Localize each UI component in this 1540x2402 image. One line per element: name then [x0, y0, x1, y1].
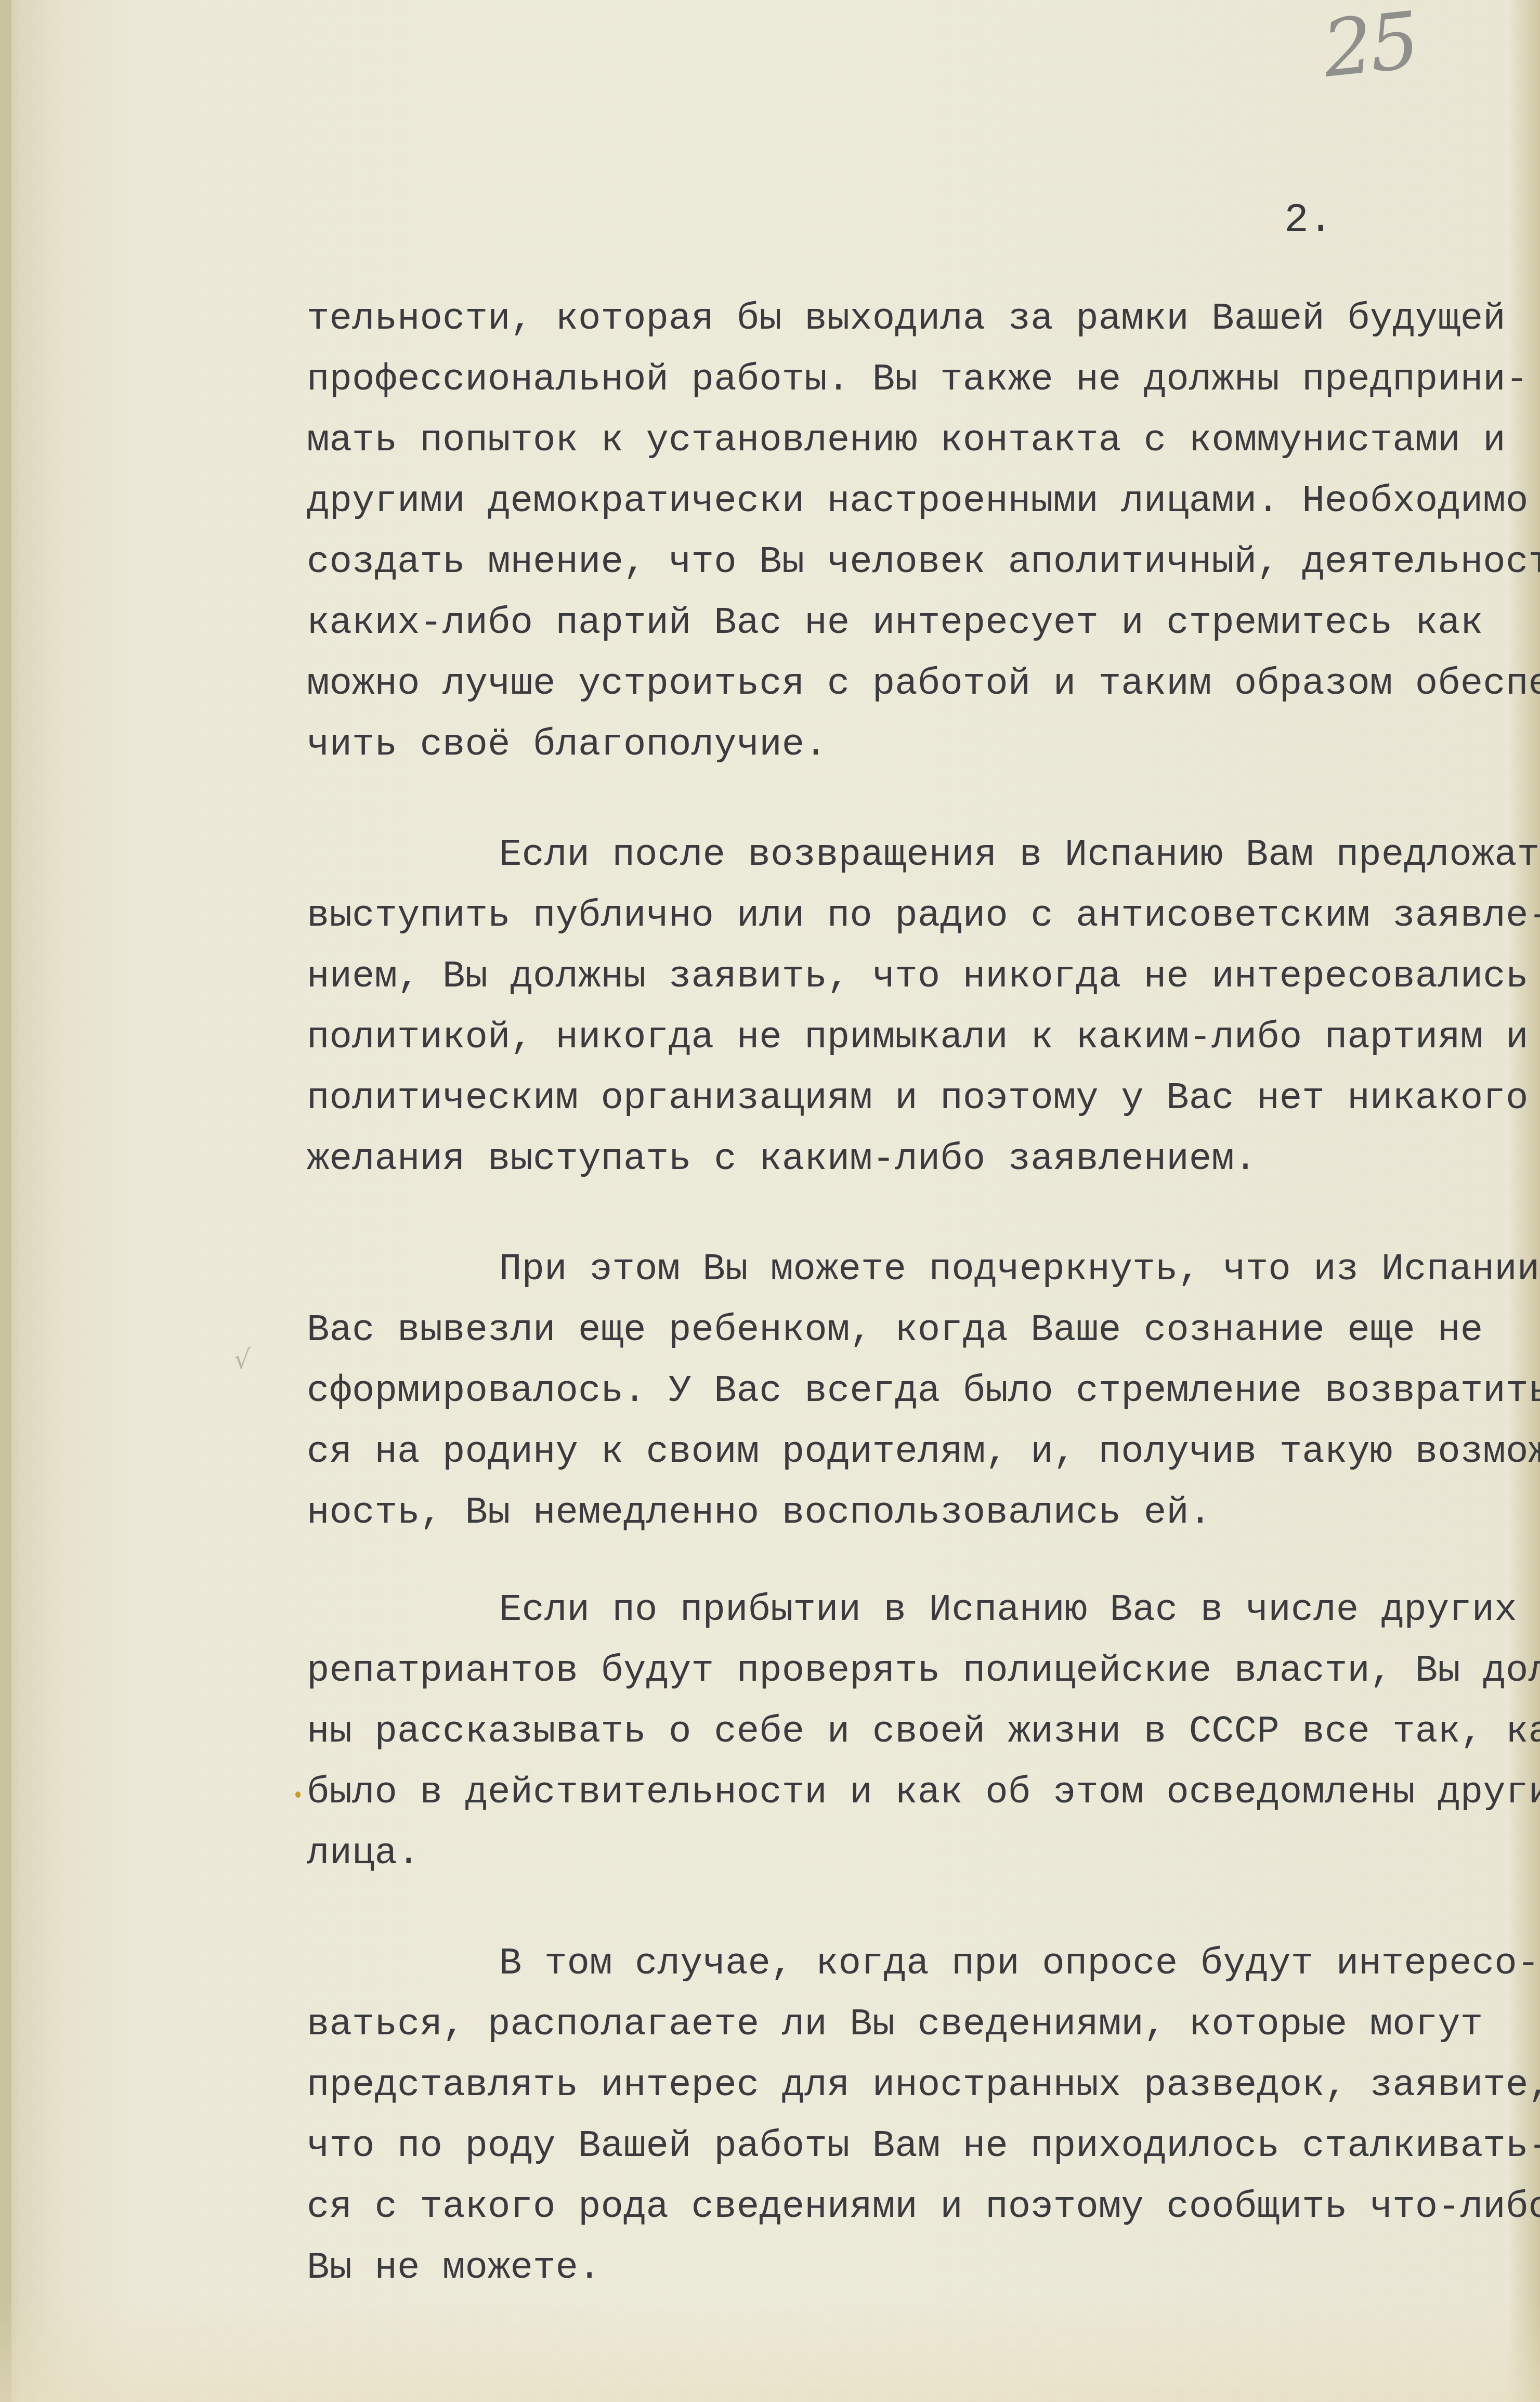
ink-spot: [295, 1791, 301, 1798]
text-line: чить своё благополучие.: [307, 715, 1540, 775]
text-line: Если после возвращения в Испанию Вам пре…: [307, 825, 1540, 886]
paragraph: В том случае, когда при опросе будут инт…: [307, 1933, 1540, 2299]
binding-edge: [0, 0, 11, 2402]
text-line: лица.: [307, 1823, 1540, 1884]
paragraph-spacer: [307, 775, 1540, 825]
text-line: желания выступать с каким-либо заявление…: [307, 1129, 1540, 1190]
text-line: ны рассказывать о себе и своей жизни в С…: [307, 1702, 1540, 1762]
text-line: Вы не можете.: [307, 2238, 1540, 2299]
text-line: Вас вывезли еще ребенком, когда Ваше соз…: [307, 1300, 1540, 1361]
paragraph-spacer: [307, 1190, 1540, 1239]
text-line: представлять интерес для иностранных раз…: [307, 2055, 1540, 2116]
paragraph: Если после возвращения в Испанию Вам пре…: [307, 825, 1540, 1190]
page-number: 2.: [1284, 198, 1333, 243]
paragraph-spacer: [307, 1543, 1540, 1580]
text-line: создать мнение, что Вы человек аполитичн…: [307, 532, 1540, 593]
text-line: ваться, располагаете ли Вы сведениями, к…: [307, 1994, 1540, 2055]
text-line: ность, Вы немедленно воспользовались ей.: [307, 1483, 1540, 1543]
text-line: тельности, которая бы выходила за рамки …: [307, 289, 1540, 349]
text-line: можно лучше устроиться с работой и таким…: [307, 654, 1540, 715]
paragraph: При этом Вы можете подчеркнуть, что из И…: [307, 1239, 1540, 1543]
pencil-check-mark: √: [234, 1344, 251, 1374]
text-line: сформировалось. У Вас всегда было стремл…: [307, 1361, 1540, 1422]
text-line: При этом Вы можете подчеркнуть, что из И…: [307, 1239, 1540, 1300]
text-line: было в действительности и как об этом ос…: [307, 1762, 1540, 1823]
text-line: другими демократически настроенными лица…: [307, 471, 1540, 532]
text-line: Если по прибытии в Испанию Вас в числе д…: [307, 1580, 1540, 1641]
paragraph-spacer: [307, 1884, 1540, 1933]
handwritten-folio-number: 25: [1319, 0, 1420, 95]
text-line: мать попыток к установлению контакта с к…: [307, 410, 1540, 471]
text-line: ся с такого рода сведениями и поэтому со…: [307, 2177, 1540, 2238]
text-line: что по роду Вашей работы Вам не приходил…: [307, 2116, 1540, 2177]
text-line: каких-либо партий Вас не интересует и ст…: [307, 593, 1540, 654]
text-line: ся на родину к своим родителям, и, получ…: [307, 1422, 1540, 1483]
text-line: репатриантов будут проверять полицейские…: [307, 1641, 1540, 1702]
document-page: 25 2. тельности, которая бы выходила за …: [0, 0, 1540, 2402]
text-line: политикой, никогда не примыкали к каким-…: [307, 1007, 1540, 1068]
text-line: политическим организациям и поэтому у Ва…: [307, 1068, 1540, 1129]
text-line: В том случае, когда при опросе будут инт…: [307, 1933, 1540, 1994]
paper-stain: [0, 2298, 1540, 2402]
typed-body-text: тельности, которая бы выходила за рамки …: [307, 289, 1540, 2299]
paragraph: Если по прибытии в Испанию Вас в числе д…: [307, 1580, 1540, 1884]
text-line: нием, Вы должны заявить, что никогда не …: [307, 946, 1540, 1007]
text-line: профессиональной работы. Вы также не дол…: [307, 349, 1540, 410]
text-line: выступить публично или по радио с антисо…: [307, 886, 1540, 946]
paragraph: тельности, которая бы выходила за рамки …: [307, 289, 1540, 775]
